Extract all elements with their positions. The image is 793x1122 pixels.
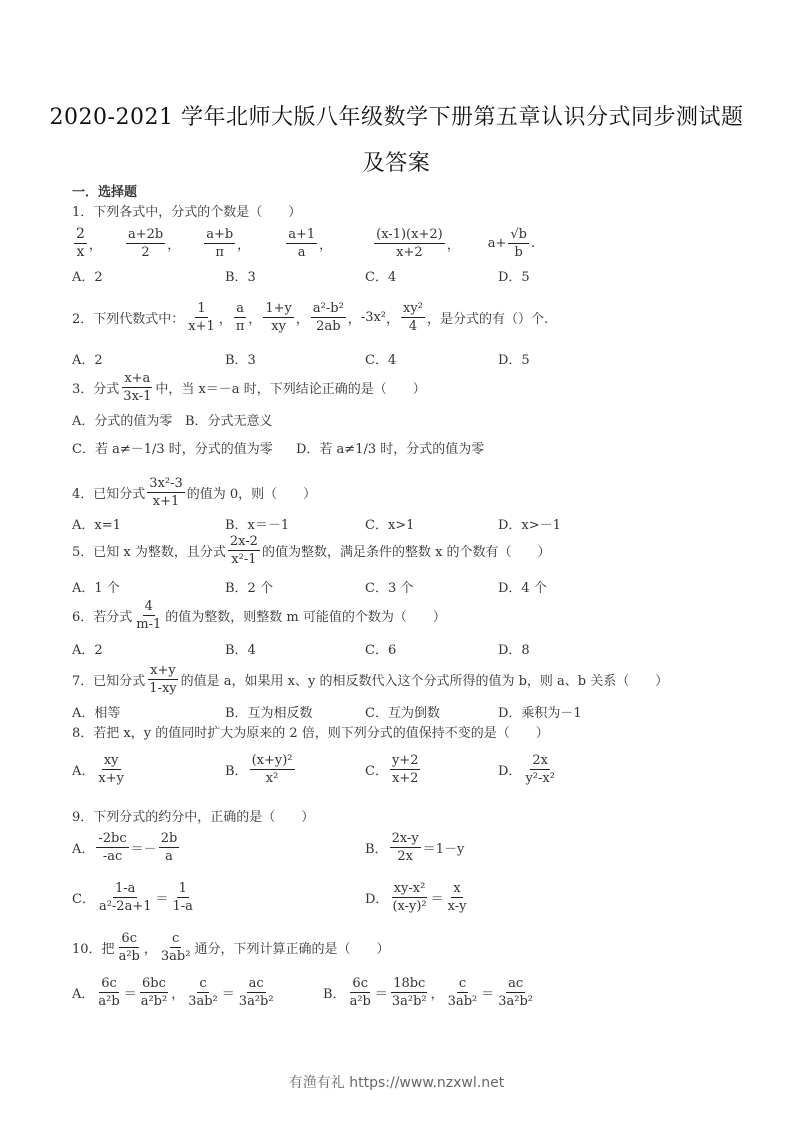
fraction: aπ: [234, 300, 247, 335]
q2-option-d: D．5: [498, 349, 530, 368]
fraction: x+a3x-1: [121, 370, 153, 405]
q5-option-a: A．1 个: [72, 577, 120, 596]
q10-option-a: A． 6ca²b＝ 6bca²b²， c3ab²＝ ac3a²b²: [72, 975, 278, 1010]
q2-option-b: B．3: [225, 349, 256, 368]
q10-option-b: B． 6ca²b＝ 18bc3a²b²， c3ab²＝ ac3a²b²: [323, 975, 537, 1010]
q8-option-c: C．y+2x+2: [365, 752, 422, 787]
q6-option-b: B．4: [225, 639, 256, 658]
q7-option-c: C．互为倒数: [365, 702, 440, 721]
q1-option-a: A．2: [72, 266, 103, 285]
q1-option-b: B．3: [225, 266, 256, 285]
question-text: 下列各式中，分式的个数是（ ）: [93, 201, 301, 220]
fraction: xy²4: [401, 300, 425, 335]
q9-option-c: C．1-aa²-2a+1＝11-a: [72, 880, 197, 915]
fraction: 2x-2x²-1: [228, 533, 260, 568]
q5-option-c: C．3 个: [365, 577, 413, 596]
document-title-line1: 2020-2021 学年北师大版八年级数学下册第五章认识分式同步测试题: [0, 100, 793, 131]
question-9-stem: 9．下列分式的约分中，正确的是（ ）: [72, 806, 314, 825]
question-1-expressions: 2x， a+2b2， a+bπ， a+1a， (x-1)(x+2)x+2， a+…: [72, 226, 535, 261]
q1-option-d: D．5: [498, 266, 530, 285]
section-heading: 一．选择题: [72, 181, 137, 200]
q4-option-c: C．x>1: [365, 514, 414, 533]
q3-option-d: D．若 a≠1/3 时，分式的值为零: [296, 438, 484, 457]
question-10-stem: 10．把 6ca²b， c3ab² 通分，下列计算正确的是（ ）: [72, 930, 389, 965]
question-2-stem: 2．下列代数式中： 1x+1， aπ， 1+yxy， a²-b²2ab， -3x…: [72, 300, 548, 335]
fraction: (x-1)(x+2)x+2: [374, 226, 445, 261]
q1-option-c: C．4: [365, 266, 396, 285]
q3-option-c: C．若 a≠－1/3 时，分式的值为零: [72, 438, 273, 457]
fraction: √bb: [508, 226, 529, 261]
question-4-stem: 4．已知分式 3x²-3x+1 的值为 0，则（ ）: [72, 475, 316, 510]
q9-option-d: D．xy-x²(x-y)²＝xx-y: [365, 880, 471, 915]
fraction: x+y1-xy: [147, 662, 178, 697]
question-number: 1．: [72, 201, 93, 220]
q4-option-b: B．x＝－1: [225, 514, 289, 533]
fraction: 1+yxy: [263, 300, 294, 335]
fraction: 4m-1: [134, 598, 163, 633]
fraction: a²-b²2ab: [311, 300, 346, 335]
question-7-stem: 7．已知分式 x+y1-xy 的值是 a，如果用 x、y 的相反数代入这个分式所…: [72, 662, 668, 697]
q7-option-a: A．相等: [72, 702, 120, 721]
question-6-stem: 6．若分式 4m-1 的值为整数，则整数 m 可能值的个数为（ ）: [72, 598, 446, 633]
q5-option-d: D．4 个: [498, 577, 547, 596]
q3-option-a: A．分式的值为零: [72, 410, 172, 429]
q7-option-b: B．互为相反数: [225, 702, 313, 721]
fraction: a+2b2: [126, 226, 165, 261]
q6-option-d: D．8: [498, 639, 530, 658]
fraction: 2x: [74, 226, 87, 261]
q8-option-b: B．(x+y)²x²: [225, 752, 297, 787]
q6-option-a: A．2: [72, 639, 103, 658]
q5-option-b: B．2 个: [225, 577, 273, 596]
fraction: 3x²-3x+1: [147, 475, 184, 510]
document-title-line2: 及答案: [0, 146, 793, 177]
fraction: 1x+1: [186, 300, 217, 335]
question-1-stem: 1．下列各式中，分式的个数是（ ）: [72, 201, 301, 220]
q3-option-b: B．分式无意义: [185, 410, 273, 429]
q4-option-a: A．x=1: [72, 514, 121, 533]
q6-option-c: C．6: [365, 639, 396, 658]
q2-option-a: A．2: [72, 349, 103, 368]
question-5-stem: 5．已知 x 为整数，且分式 2x-2x²-1 的值为整数，满足条件的整数 x …: [72, 533, 551, 568]
q9-option-b: B．2x-y2x＝1－y: [365, 830, 464, 865]
fraction: a+bπ: [204, 226, 235, 261]
footer-watermark: 有渔有礼 https://www.nzxwl.net: [0, 1072, 793, 1092]
q4-option-d: D．x>－1: [498, 514, 561, 533]
q9-option-a: A．-2bc-ac＝－2ba: [72, 830, 181, 865]
q8-option-a: A．xyx+y: [72, 752, 128, 787]
fraction: a+1a: [286, 226, 317, 261]
q8-option-d: D．2xy²-x²: [498, 752, 559, 787]
q2-option-c: C．4: [365, 349, 396, 368]
q7-option-d: D．乘积为－1: [498, 702, 582, 721]
question-3-stem: 3．分式 x+a3x-1 中，当 x＝－a 时，下列结论正确的是（ ）: [72, 370, 426, 405]
question-8-stem: 8．若把 x，y 的值同时扩大为原来的 2 倍，则下列分式的值保持不变的是（ ）: [72, 722, 549, 741]
